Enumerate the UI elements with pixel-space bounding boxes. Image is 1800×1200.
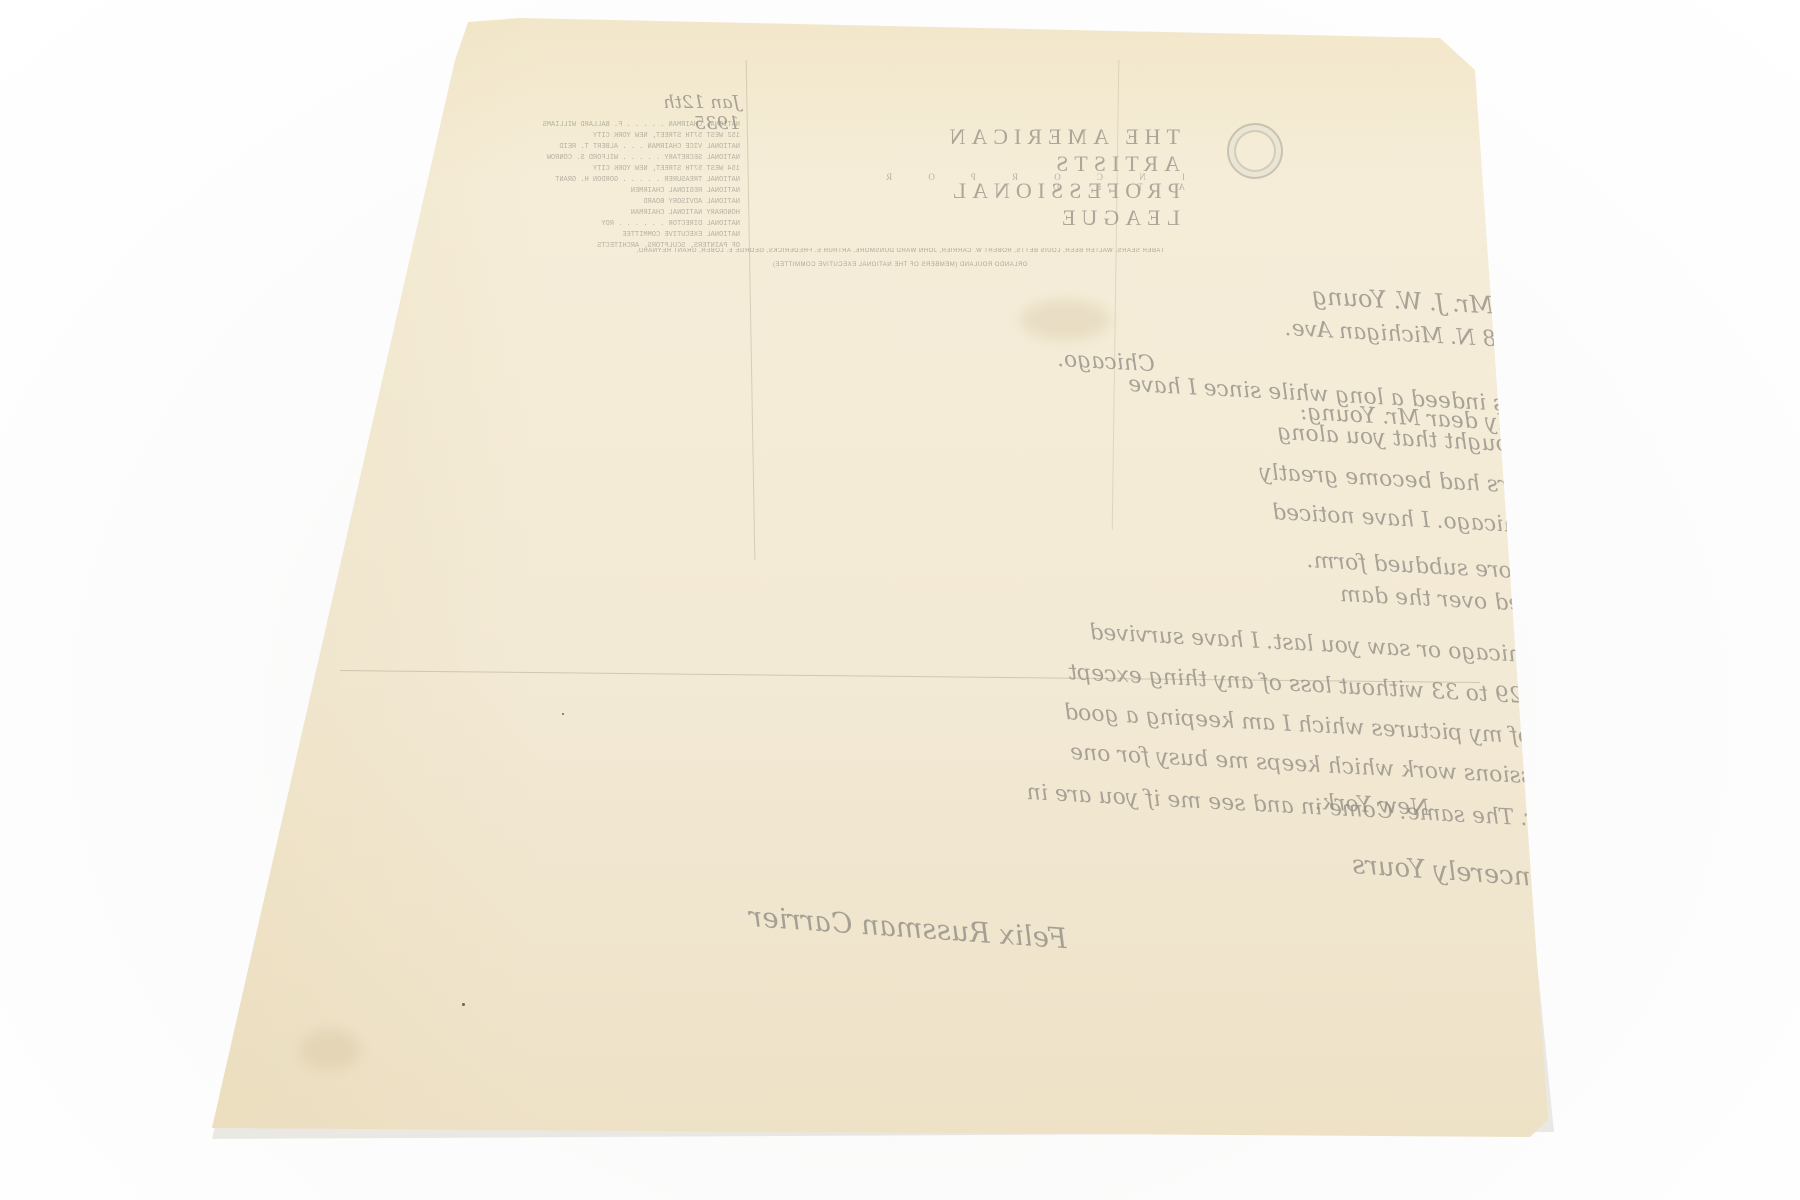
officers-block: NATIONAL CHAIRMAN . . . . . F. BALLARD W… bbox=[500, 120, 740, 252]
paper: THE AMERICAN ARTISTS PROFESSIONAL LEAGUE… bbox=[0, 0, 1800, 1200]
paper-stain bbox=[300, 1030, 360, 1070]
committee-line-2: ORLANDO ROULAND (MEMBERS OF THE NATIONAL… bbox=[450, 258, 1350, 272]
letter-sheet: THE AMERICAN ARTISTS PROFESSIONAL LEAGUE… bbox=[0, 0, 1800, 1200]
recipient-name: Mr. J. W. Young bbox=[1311, 282, 1494, 319]
closing: Very Sincerely Yours bbox=[1351, 850, 1625, 899]
officer-line: NATIONAL SECRETARY . . . . . WILFORD S. … bbox=[500, 153, 740, 164]
paper-stain bbox=[1020, 300, 1110, 340]
officer-line: NATIONAL ADVISORY BOARD bbox=[500, 197, 740, 208]
paper-speck bbox=[462, 1003, 465, 1006]
date-mark: Jan 12th 1935 bbox=[630, 92, 740, 134]
body-line: A great deal of water has passed over th… bbox=[1339, 582, 1800, 634]
officer-line: NATIONAL EXECUTIVE COMMITTEE bbox=[500, 230, 740, 241]
signature: Felix Russman Carrier bbox=[748, 900, 1068, 955]
recipient-street: 428 N. Michigan Ave. bbox=[1284, 316, 1525, 354]
committee-line: TABER SEARS, WALTER BEER, LOUIS BETTS, R… bbox=[450, 244, 1350, 272]
letterhead-line-1: THE AMERICAN ARTISTS bbox=[820, 123, 1180, 177]
officer-line: NATIONAL DIRECTOR . . . . . . ROY bbox=[500, 219, 740, 230]
committee-line-1: TABER SEARS, WALTER BEER, LOUIS BETTS, R… bbox=[450, 244, 1350, 258]
vertical-fold-line bbox=[746, 60, 756, 560]
officer-line: NATIONAL REGIONAL CHAIRMEN bbox=[500, 186, 740, 197]
officer-line: NATIONAL VICE CHAIRMAN . . . ALBERT T. R… bbox=[500, 142, 740, 153]
officer-line: 154 WEST 57TH STREET, NEW YORK CITY bbox=[500, 164, 740, 175]
paper-speck bbox=[562, 713, 564, 715]
officer-line: NATIONAL TREASURER . . . . . GORDON H. G… bbox=[500, 175, 740, 186]
letterhead-incorporated: I N C O R P O R A T E D bbox=[845, 172, 1185, 192]
officer-line: HONORARY NATIONAL CHAIRMAN bbox=[500, 208, 740, 219]
league-seal-icon bbox=[1227, 123, 1283, 179]
